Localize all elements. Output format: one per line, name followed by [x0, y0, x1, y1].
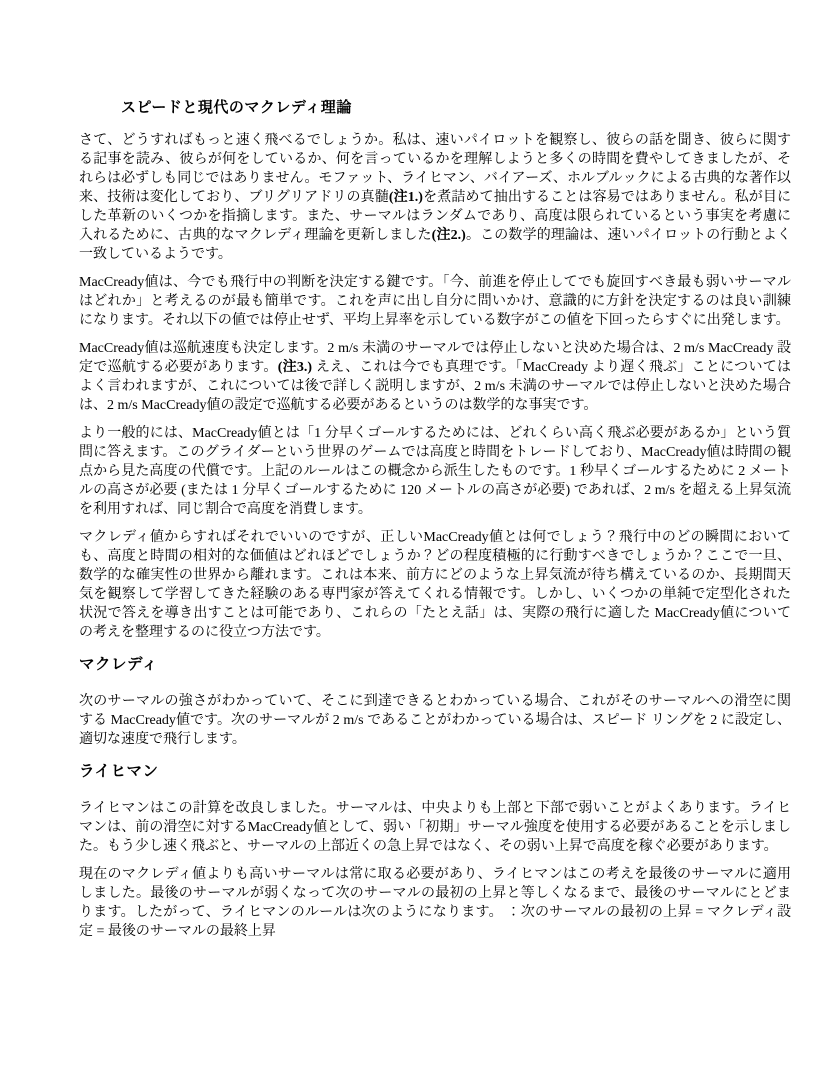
paragraph: ライヒマンはこの計算を改良しました。サーマルは、中央よりも上部と下部で弱いことが…	[79, 799, 791, 856]
paragraph: MacCready値は巡航速度も決定します。2 m/s 未満のサーマルでは停止し…	[79, 339, 791, 415]
paragraph: マクレディ値からすればそれでいいのですが、正しいMacCready値とは何でしょ…	[79, 528, 791, 642]
note-reference: (注2.)	[432, 228, 466, 243]
text-run: 次のサーマルの強さがわかっていて、そこに到達できるとわかっている場合、これがその…	[79, 694, 791, 747]
document-content: スピードと現代のマクレディ理論 さて、どうすればもっと速く飛べるでしょうか。私は…	[79, 96, 791, 950]
paragraph: MacCready値は、今でも飛行中の判断を決定する鍵です。「今、前進を停止して…	[79, 273, 791, 330]
section-heading: マクレディ	[79, 652, 791, 674]
section-heading: ライヒマン	[79, 759, 791, 781]
document-title: スピードと現代のマクレディ理論	[121, 96, 791, 117]
document-body: さて、どうすればもっと速く飛べるでしょうか。私は、速いパイロットを観察し、彼らの…	[79, 131, 791, 941]
paragraph: より一般的には、MacCready値とは「1 分早くゴールするためには、どれくら…	[79, 424, 791, 519]
note-reference: (注1.)	[389, 190, 423, 205]
text-run: マクレディ値からすればそれでいいのですが、正しいMacCready値とは何でしょ…	[79, 530, 791, 640]
text-run: ライヒマンはこの計算を改良しました。サーマルは、中央よりも上部と下部で弱いことが…	[79, 801, 791, 854]
note-reference: (注3.)	[278, 360, 312, 375]
document-page: スピードと現代のマクレディ理論 さて、どうすればもっと速く飛べるでしょうか。私は…	[0, 0, 834, 1079]
text-run: 現在のマクレディ値よりも高いサーマルは常に取る必要があり、ライヒマンはこの考えを…	[79, 867, 791, 939]
paragraph: 現在のマクレディ値よりも高いサーマルは常に取る必要があり、ライヒマンはこの考えを…	[79, 865, 791, 941]
text-run: より一般的には、MacCready値とは「1 分早くゴールするためには、どれくら…	[79, 426, 791, 517]
paragraph: 次のサーマルの強さがわかっていて、そこに到達できるとわかっている場合、これがその…	[79, 692, 791, 749]
text-run: MacCready値は、今でも飛行中の判断を決定する鍵です。「今、前進を停止して…	[79, 275, 791, 328]
paragraph: さて、どうすればもっと速く飛べるでしょうか。私は、速いパイロットを観察し、彼らの…	[79, 131, 791, 264]
